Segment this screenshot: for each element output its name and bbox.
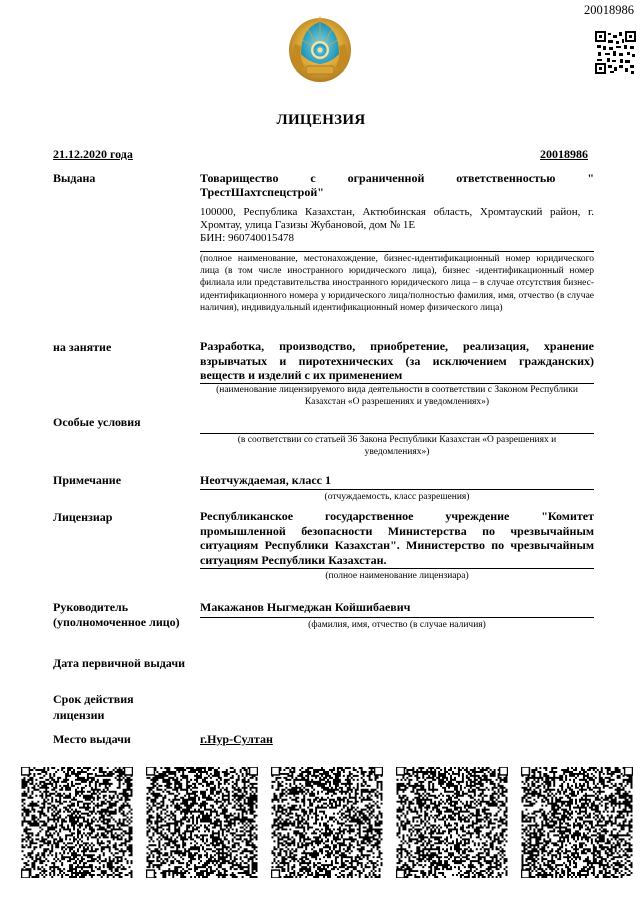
qr-code-icon: [521, 767, 633, 878]
issued-to-label: Выдана: [53, 171, 95, 186]
note-hint: (отчуждаемость, класс разрешения): [200, 491, 594, 503]
qr-code-icon: [396, 767, 508, 878]
place-value: г.Нур-Султан: [200, 732, 273, 747]
document-number-top: 20018986: [584, 3, 634, 18]
divider: [200, 568, 594, 569]
head-label-line2: (уполномоченное лицо): [53, 615, 180, 630]
activity-label: на занятие: [53, 340, 111, 355]
note-label: Примечание: [53, 473, 121, 488]
activity-value: Разработка, производство, приобретение, …: [200, 339, 594, 383]
license-number: 20018986: [540, 147, 588, 162]
qr-code-icon: [594, 30, 637, 75]
head-value: Макажанов Ныгмеджан Койшибаевич: [200, 600, 594, 615]
head-label-line1: Руководитель: [53, 600, 128, 615]
note-value: Неотчуждаемая, класс 1: [200, 473, 594, 488]
first-issue-date-label: Дата первичной выдачи: [53, 656, 185, 671]
divider: [200, 251, 594, 252]
licensor-value: Республиканское государственное учрежден…: [200, 509, 594, 567]
issued-to-address-line2: Хромтау, улица Газизы Жубановой, дом № 1…: [200, 219, 594, 233]
issued-to-hint: (полное наименование, местонахождение, б…: [200, 253, 594, 314]
place-label: Место выдачи: [53, 732, 131, 747]
validity-label-line2: лицензии: [53, 708, 104, 723]
divider: [200, 489, 594, 490]
document-title: ЛИЦЕНЗИЯ: [0, 112, 642, 129]
issued-to-name-line1: Товарищество с ограниченной ответственно…: [200, 171, 594, 186]
qr-code-icon: [146, 767, 258, 878]
divider: [200, 617, 594, 618]
issued-to-address-line1: 100000, Республика Казахстан, Актюбинска…: [200, 206, 594, 220]
special-conditions-label: Особые условия: [53, 415, 141, 430]
issued-to-name-line2: ТрестШахтспецстрой": [200, 185, 594, 200]
licensor-label: Лицензиар: [53, 510, 112, 525]
special-conditions-hint: (в соответствии со статьей 36 Закона Рес…: [215, 434, 579, 458]
qr-code-icon: [271, 767, 383, 878]
validity-label-line1: Срок действия: [53, 692, 134, 707]
activity-hint: (наименование лицензируемого вида деятел…: [200, 384, 594, 408]
licensor-hint: (полное наименование лицензиара): [200, 570, 594, 582]
head-hint: (фамилия, имя, отчество (в случае наличи…: [200, 619, 594, 631]
qr-code-icon: [21, 767, 133, 878]
state-emblem-icon: [287, 14, 353, 86]
issue-date: 21.12.2020 года: [53, 147, 133, 162]
issued-to-bin: БИН: 960740015478: [200, 232, 594, 246]
